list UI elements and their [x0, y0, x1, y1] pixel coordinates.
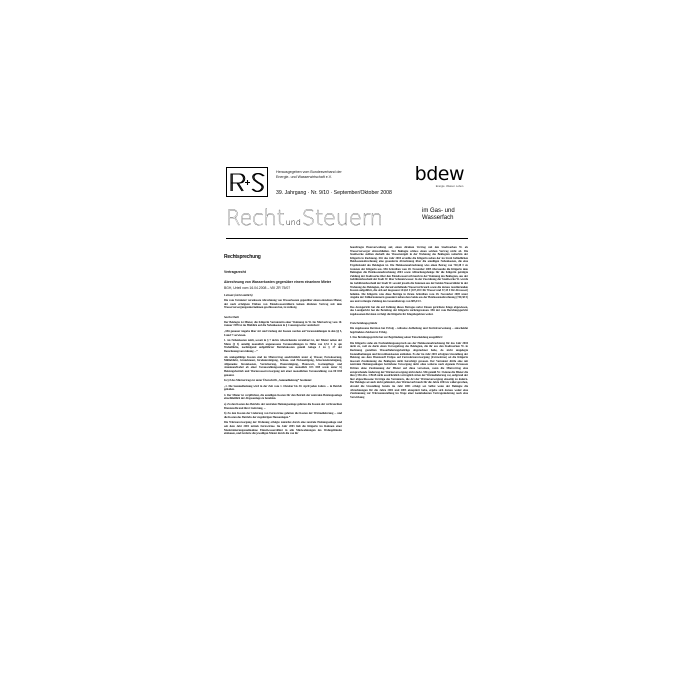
- journal-title-main: RechtundSteuern: [226, 206, 383, 235]
- paragraph: 1. An Nebenkosten zahlt, soweit in § 7 n…: [224, 339, 342, 353]
- bdew-logo: bdew Energie. Wasser. Leben.: [404, 165, 464, 189]
- publisher-info: Herausgegeben vom Bundesverband der Ener…: [276, 170, 386, 180]
- paragraph: Als umlagefähige Kosten sind im Mietvert…: [224, 356, 342, 378]
- reasons-heading: Entscheidungsgründe: [350, 322, 468, 326]
- title-sub-line-1: im Gas- und: [422, 208, 470, 215]
- right-column: beauftragte Hausverwaltung auf, einen di…: [350, 246, 468, 401]
- paragraph: beauftragte Hausverwaltung auf, einen di…: [350, 246, 468, 304]
- title-steuern: Steuern: [302, 206, 383, 230]
- masthead: Herausgegeben vom Bundesverband der Ener…: [224, 164, 482, 242]
- journal-title-sub: im Gas- und Wasserfach: [422, 208, 470, 222]
- masthead-divider: [226, 238, 468, 239]
- paragraph: Das Amtsgericht hat die auf Zahlung dies…: [350, 306, 468, 317]
- section-heading: Rechtsprechung: [224, 254, 342, 260]
- paragraph: In § 8 des Mietvertrags ist unter Übersc…: [224, 379, 342, 383]
- publisher-line-2: Energie- und Wasserwirtschaft e.V.: [276, 175, 386, 180]
- sachverhalt-heading: Sachverhalt: [224, 316, 342, 320]
- case-title: Abrechnung von Wasserkosten gegenüber ei…: [224, 280, 342, 284]
- paragraph: b) Zu den Kosten der Lieferung von Fernw…: [224, 412, 342, 419]
- rs-logo: [226, 167, 268, 197]
- paragraph: Die zugelassene Revision hat Erfolg – te…: [350, 327, 468, 334]
- title-sub-line-2: Wasserfach: [422, 215, 470, 222]
- journal-title: RechtundSteuern im Gas- und Wasserfach: [226, 206, 468, 230]
- leitsatz-text: Die vom Vermieter veranlasste Abrechnung…: [224, 299, 342, 310]
- bdew-wordmark: bdew: [404, 165, 464, 184]
- case-reference: BGH, Urteil vom 16.04.2008 – VIII ZR 75/…: [224, 286, 342, 290]
- journal-page: Herausgegeben vom Bundesverband der Ener…: [224, 164, 482, 540]
- title-recht: Recht: [226, 206, 285, 230]
- left-column: Rechtsprechung Vertragsrecht Abrechnung …: [224, 254, 342, 438]
- paragraph: I. Das Berufungsgericht hat zur Begründu…: [350, 336, 468, 340]
- paragraph: Der Beklagte ist Mieter, die Klägerin Ve…: [224, 321, 342, 328]
- issue-line: 39. Jahrgang · Nr. 9/10 · September/Okto…: [276, 190, 466, 196]
- paragraph: „Mit genauer Angabe über Art und Umfang …: [224, 330, 342, 337]
- title-und: und: [286, 218, 301, 227]
- paragraph: Die Klägerin stehe ein Nachzahlungsanspr…: [350, 342, 468, 400]
- bdew-tagline: Energie. Wasser. Leben.: [404, 185, 464, 189]
- paragraph: Die Wärmeversorgung der Wohnung erfolgte…: [224, 421, 342, 435]
- paragraph: 4. Der Mieter ist verpflichtet, die ante…: [224, 394, 342, 401]
- rs-logo-icon: [228, 170, 266, 194]
- subsection-heading: Vertragsrecht: [224, 270, 342, 274]
- paragraph: „1. Die Sammelheizung wird in der Zeit v…: [224, 385, 342, 392]
- leitsatz-heading: Leitsatz (nicht amtlich): [224, 294, 342, 298]
- paragraph: a) Zu den Kosten des Betriebs der zentra…: [224, 403, 342, 410]
